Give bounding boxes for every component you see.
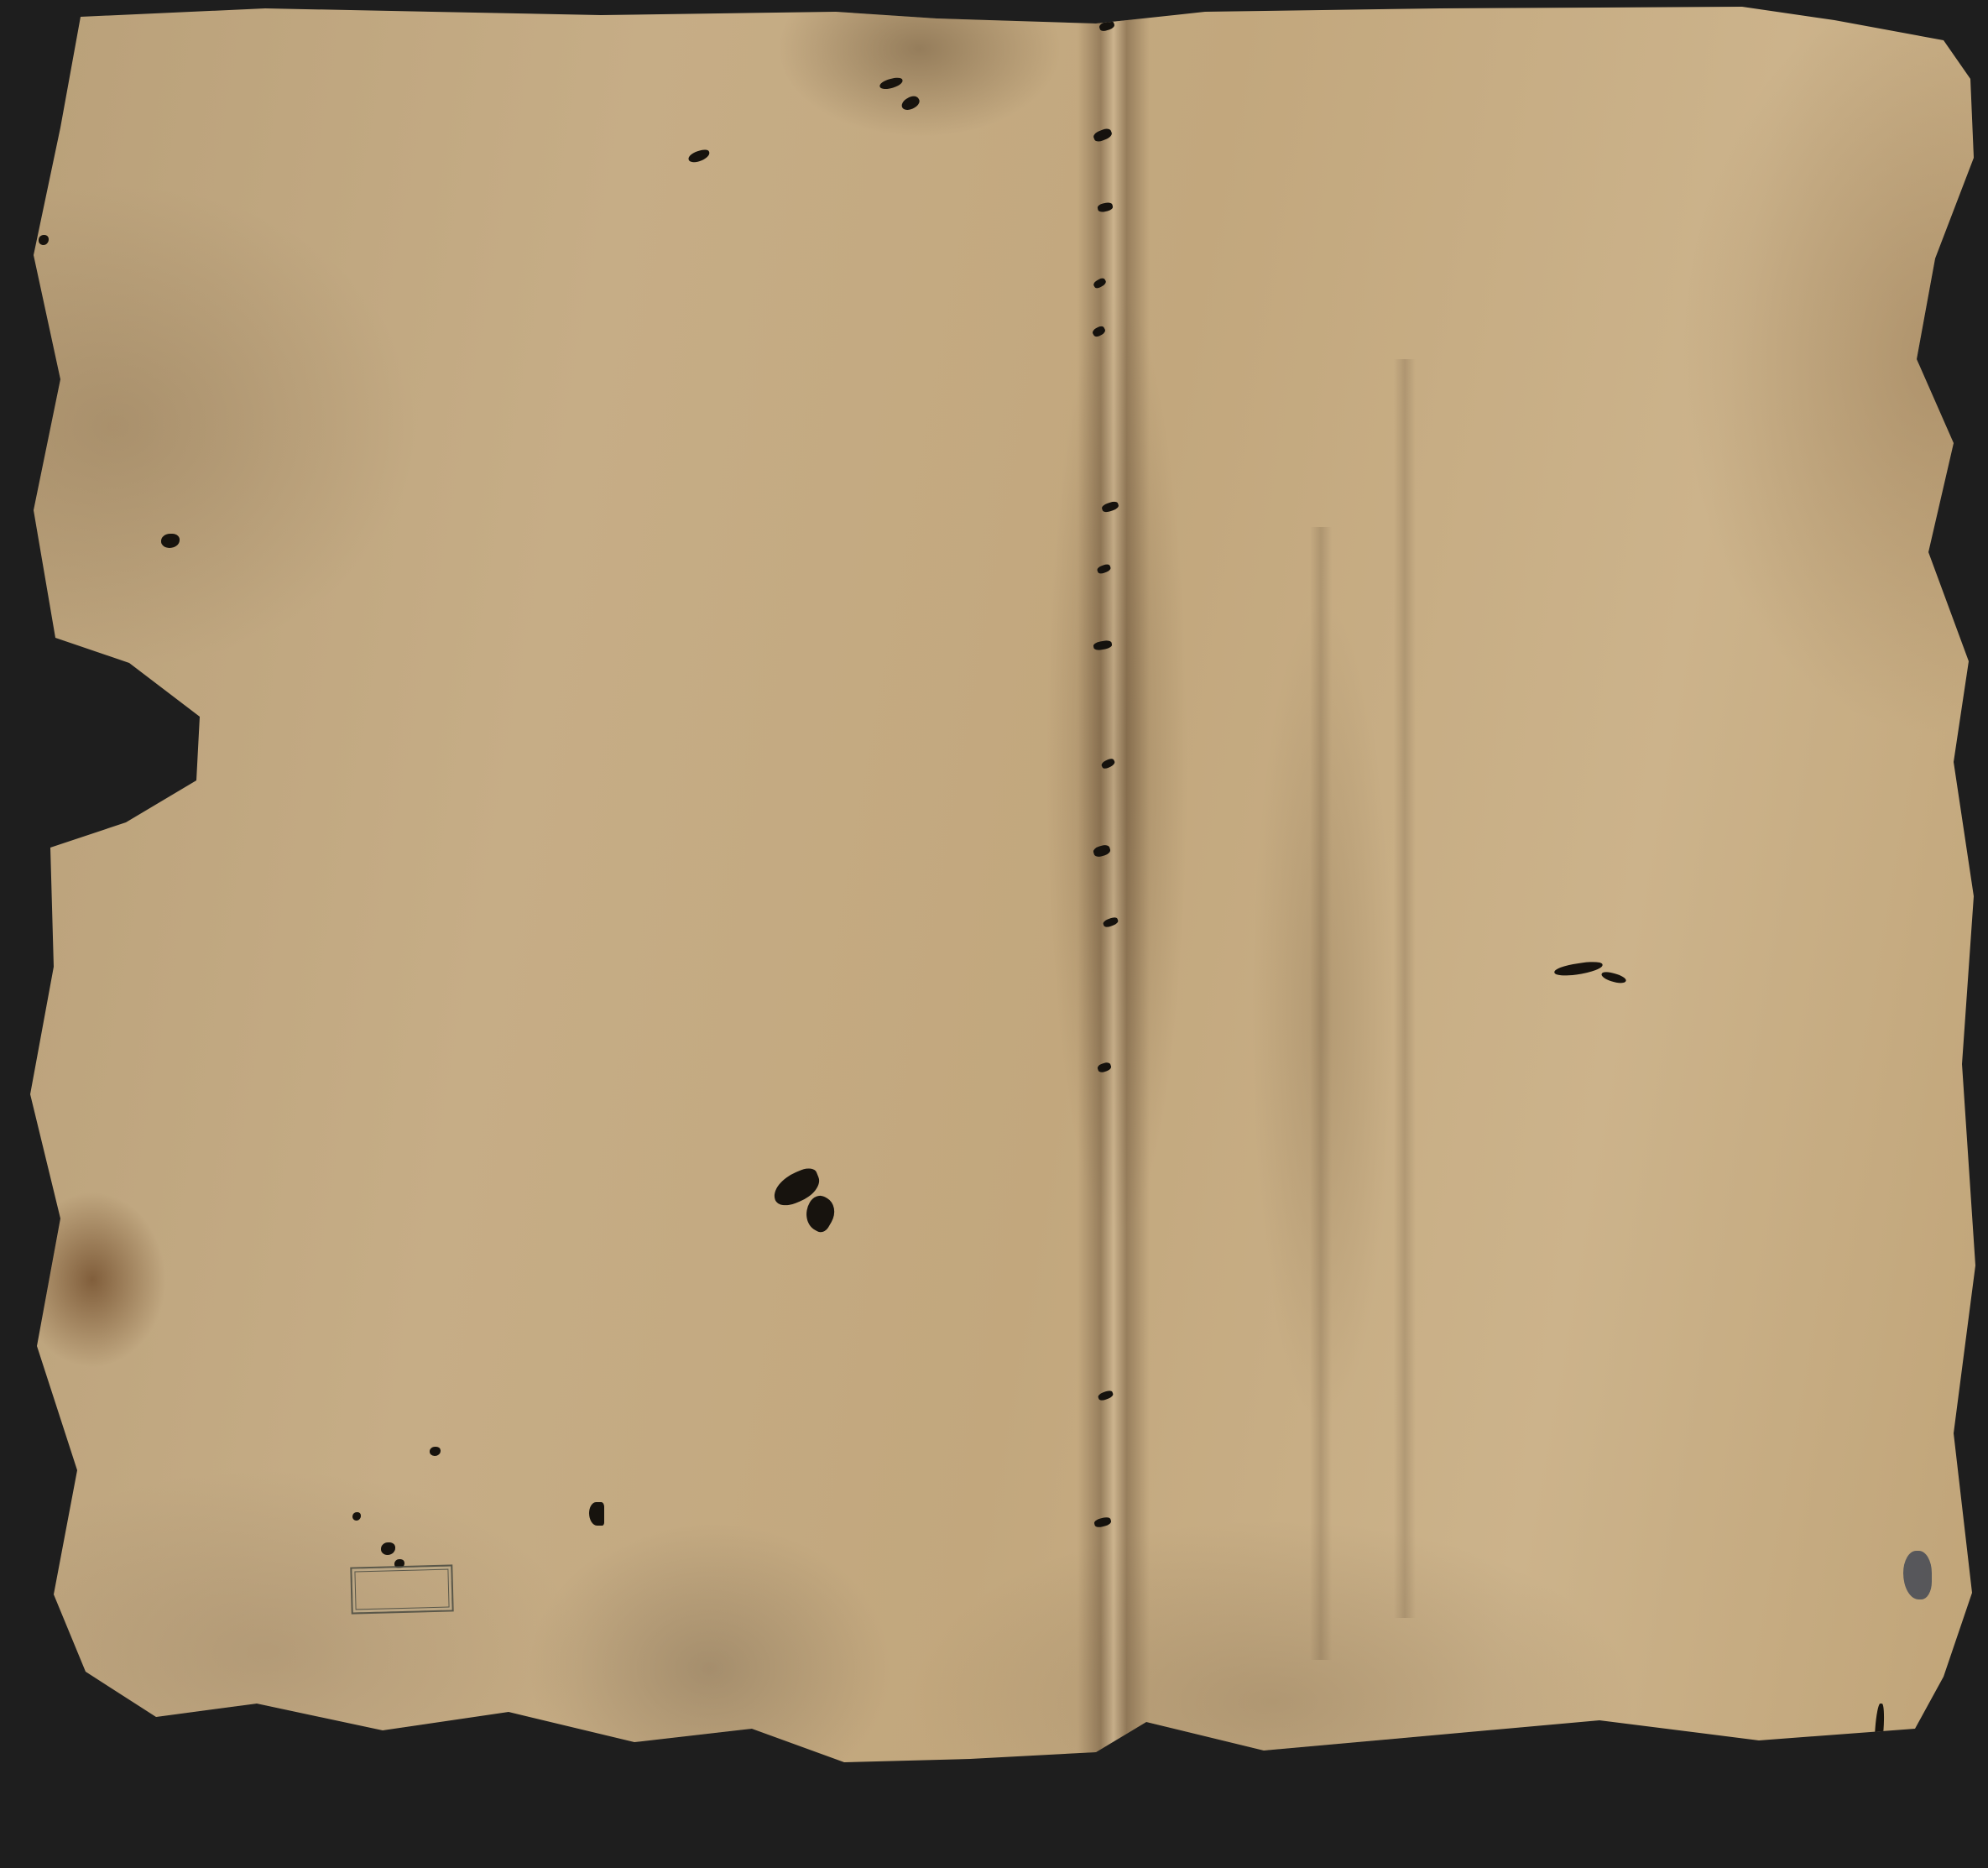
binding-seam [1077,7,1150,1771]
parchment-stain [32,1192,166,1368]
ink-blot [589,1502,604,1526]
ink-blot [879,76,904,91]
ink-blot [687,148,711,164]
ink-blot [352,1512,361,1521]
ink-blot [381,1542,395,1555]
manuscript-scan [0,0,1988,1868]
parchment-crease [1394,359,1416,1618]
library-stamp [350,1564,453,1614]
ink-blot [1903,1551,1932,1599]
ink-blot [430,1447,441,1456]
ink-blot [1600,970,1627,986]
ruler [0,1782,1988,1868]
text-column-left [152,47,626,55]
ink-blot [39,235,49,245]
text-column-right [1474,62,1960,65]
parchment-crease [1310,527,1332,1660]
ink-blot [900,93,921,113]
ink-blot [1872,1704,1885,1768]
ink-blot [1553,960,1603,978]
parchment-spread [13,7,1984,1771]
ink-blot [161,534,180,548]
